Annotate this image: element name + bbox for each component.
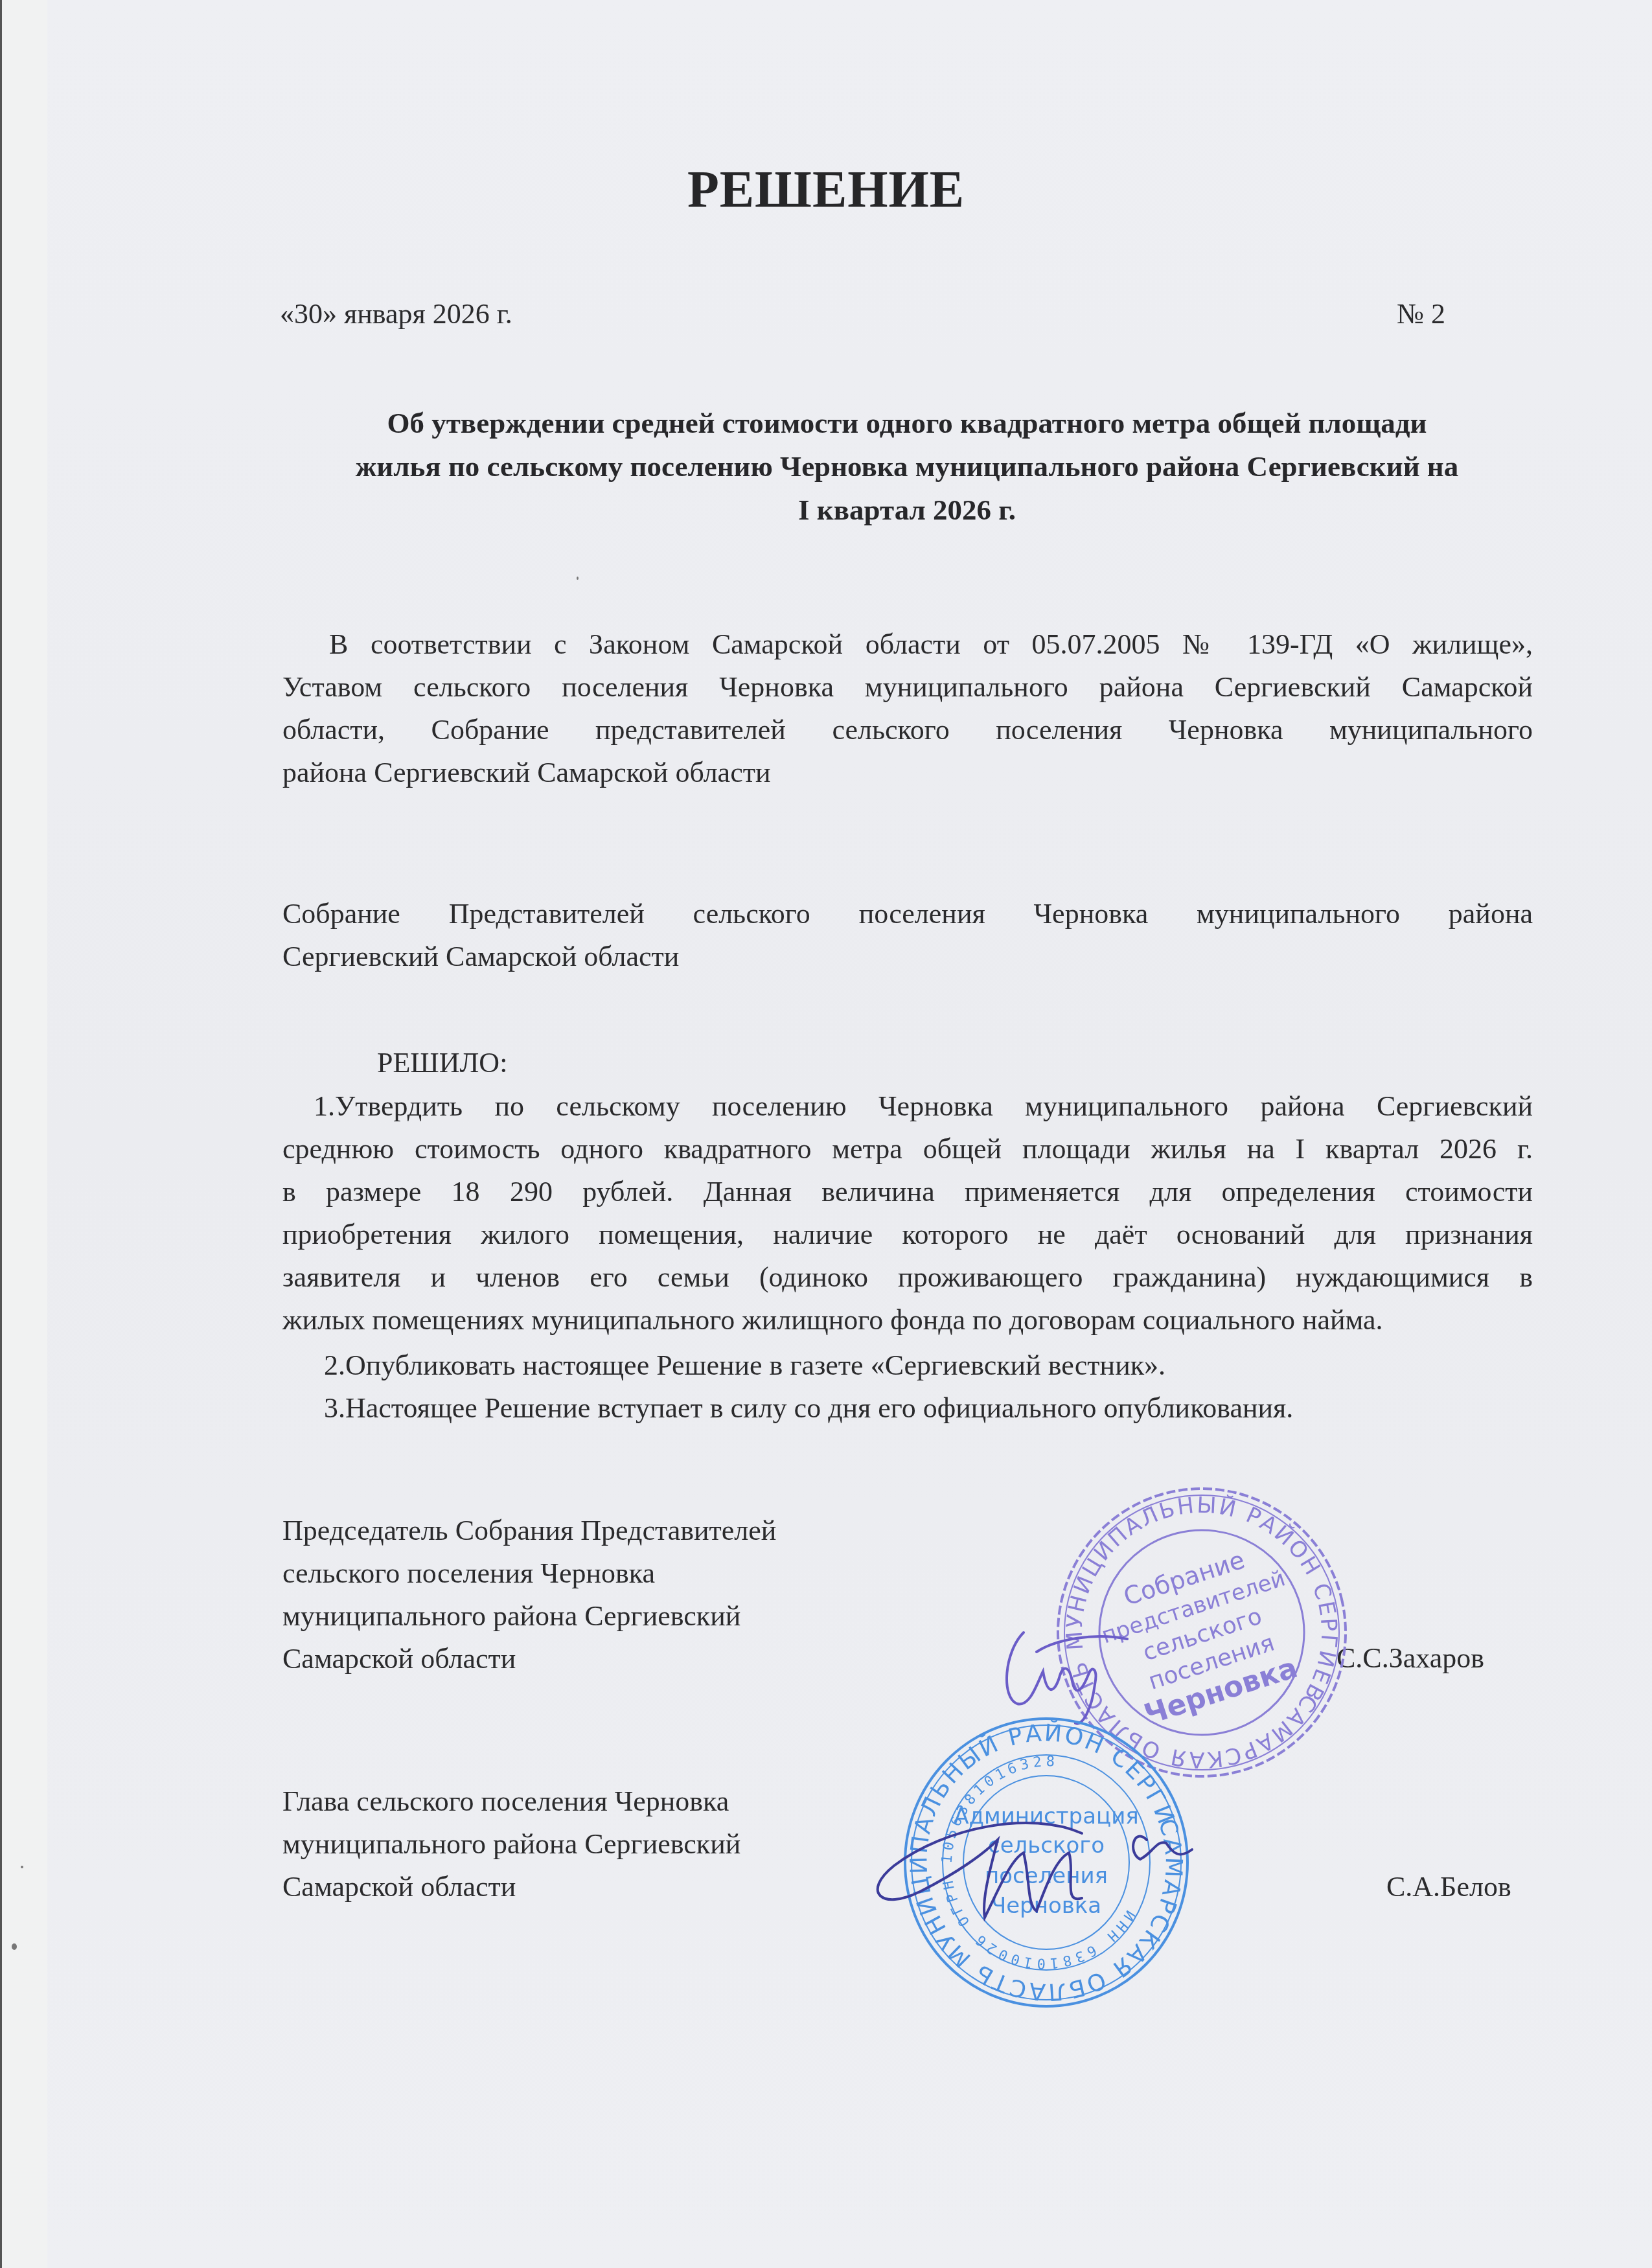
document-heading: РЕШЕНИЕ <box>0 161 1652 219</box>
preamble-line: Уставом сельского поселения Черновка мун… <box>282 666 1533 709</box>
preamble-paragraph: В соответствии с Законом Самарской облас… <box>282 623 1533 794</box>
position-line: сельского поселения Черновка <box>282 1552 776 1595</box>
resolution-item-1: 1.Утвердить по сельскому поселению Черно… <box>282 1085 1533 1342</box>
document-date: «30» января 2026 г. <box>280 293 512 336</box>
body-line: Сергиевский Самарской области <box>282 935 1533 978</box>
position-line: Председатель Собрания Представителей <box>282 1509 776 1552</box>
preamble-line: области, Собрание представителей сельско… <box>282 709 1533 751</box>
position-line: муниципального района Сергиевский <box>282 1823 740 1866</box>
signatory-chairman-name: С.С.Захаров <box>1337 1637 1484 1680</box>
scan-speck <box>21 1866 23 1868</box>
signature-chairman-icon <box>998 1613 1153 1730</box>
scan-edge <box>0 0 47 2268</box>
preamble-line: В соответствии с Законом Самарской облас… <box>282 623 1533 666</box>
item-line: среднюю стоимость одного квадратного мет… <box>282 1128 1533 1171</box>
item-line: заявителя и членов его семьи (одиноко пр… <box>282 1256 1533 1299</box>
item-line: в размере 18 290 рублей. Данная величина… <box>282 1171 1533 1213</box>
position-line: Самарской области <box>282 1638 776 1680</box>
signatory-chairman-position: Председатель Собрания Представителей сел… <box>282 1509 776 1680</box>
position-line: Самарской области <box>282 1866 740 1908</box>
item-line: приобретения жилого помещения, наличие к… <box>282 1213 1533 1256</box>
document-number: № 2 <box>1397 293 1445 336</box>
item-line: жилых помещениях муниципального жилищног… <box>282 1299 1533 1342</box>
body-line: Собрание Представителей сельского поселе… <box>282 893 1533 935</box>
scan-speck <box>577 577 579 580</box>
signatory-head-position: Глава сельского поселения Черновка муниц… <box>282 1780 740 1908</box>
resolved-label: РЕШИЛО: <box>377 1042 507 1084</box>
resolution-item-3: 3.Настоящее Решение вступает в силу со д… <box>324 1387 1293 1430</box>
resolution-item-2: 2.Опубликовать настоящее Решение в газет… <box>324 1344 1165 1387</box>
title-line: I квартал 2026 г. <box>272 488 1542 532</box>
position-line: муниципального района Сергиевский <box>282 1595 776 1638</box>
title-line: жилья по сельскому поселению Черновка му… <box>272 445 1542 488</box>
item-line: 1.Утвердить по сельскому поселению Черно… <box>282 1085 1533 1128</box>
body-paragraph: Собрание Представителей сельского поселе… <box>282 893 1533 978</box>
preamble-line: района Сергиевский Самарской области <box>282 751 1533 794</box>
scan-speck <box>12 1943 17 1950</box>
signature-head-icon <box>868 1814 1231 1943</box>
position-line: Глава сельского поселения Черновка <box>282 1780 740 1823</box>
signatory-head-name: С.А.Белов <box>1386 1866 1511 1908</box>
document-title: Об утверждении средней стоимости одного … <box>272 402 1542 532</box>
title-line: Об утверждении средней стоимости одного … <box>272 402 1542 445</box>
